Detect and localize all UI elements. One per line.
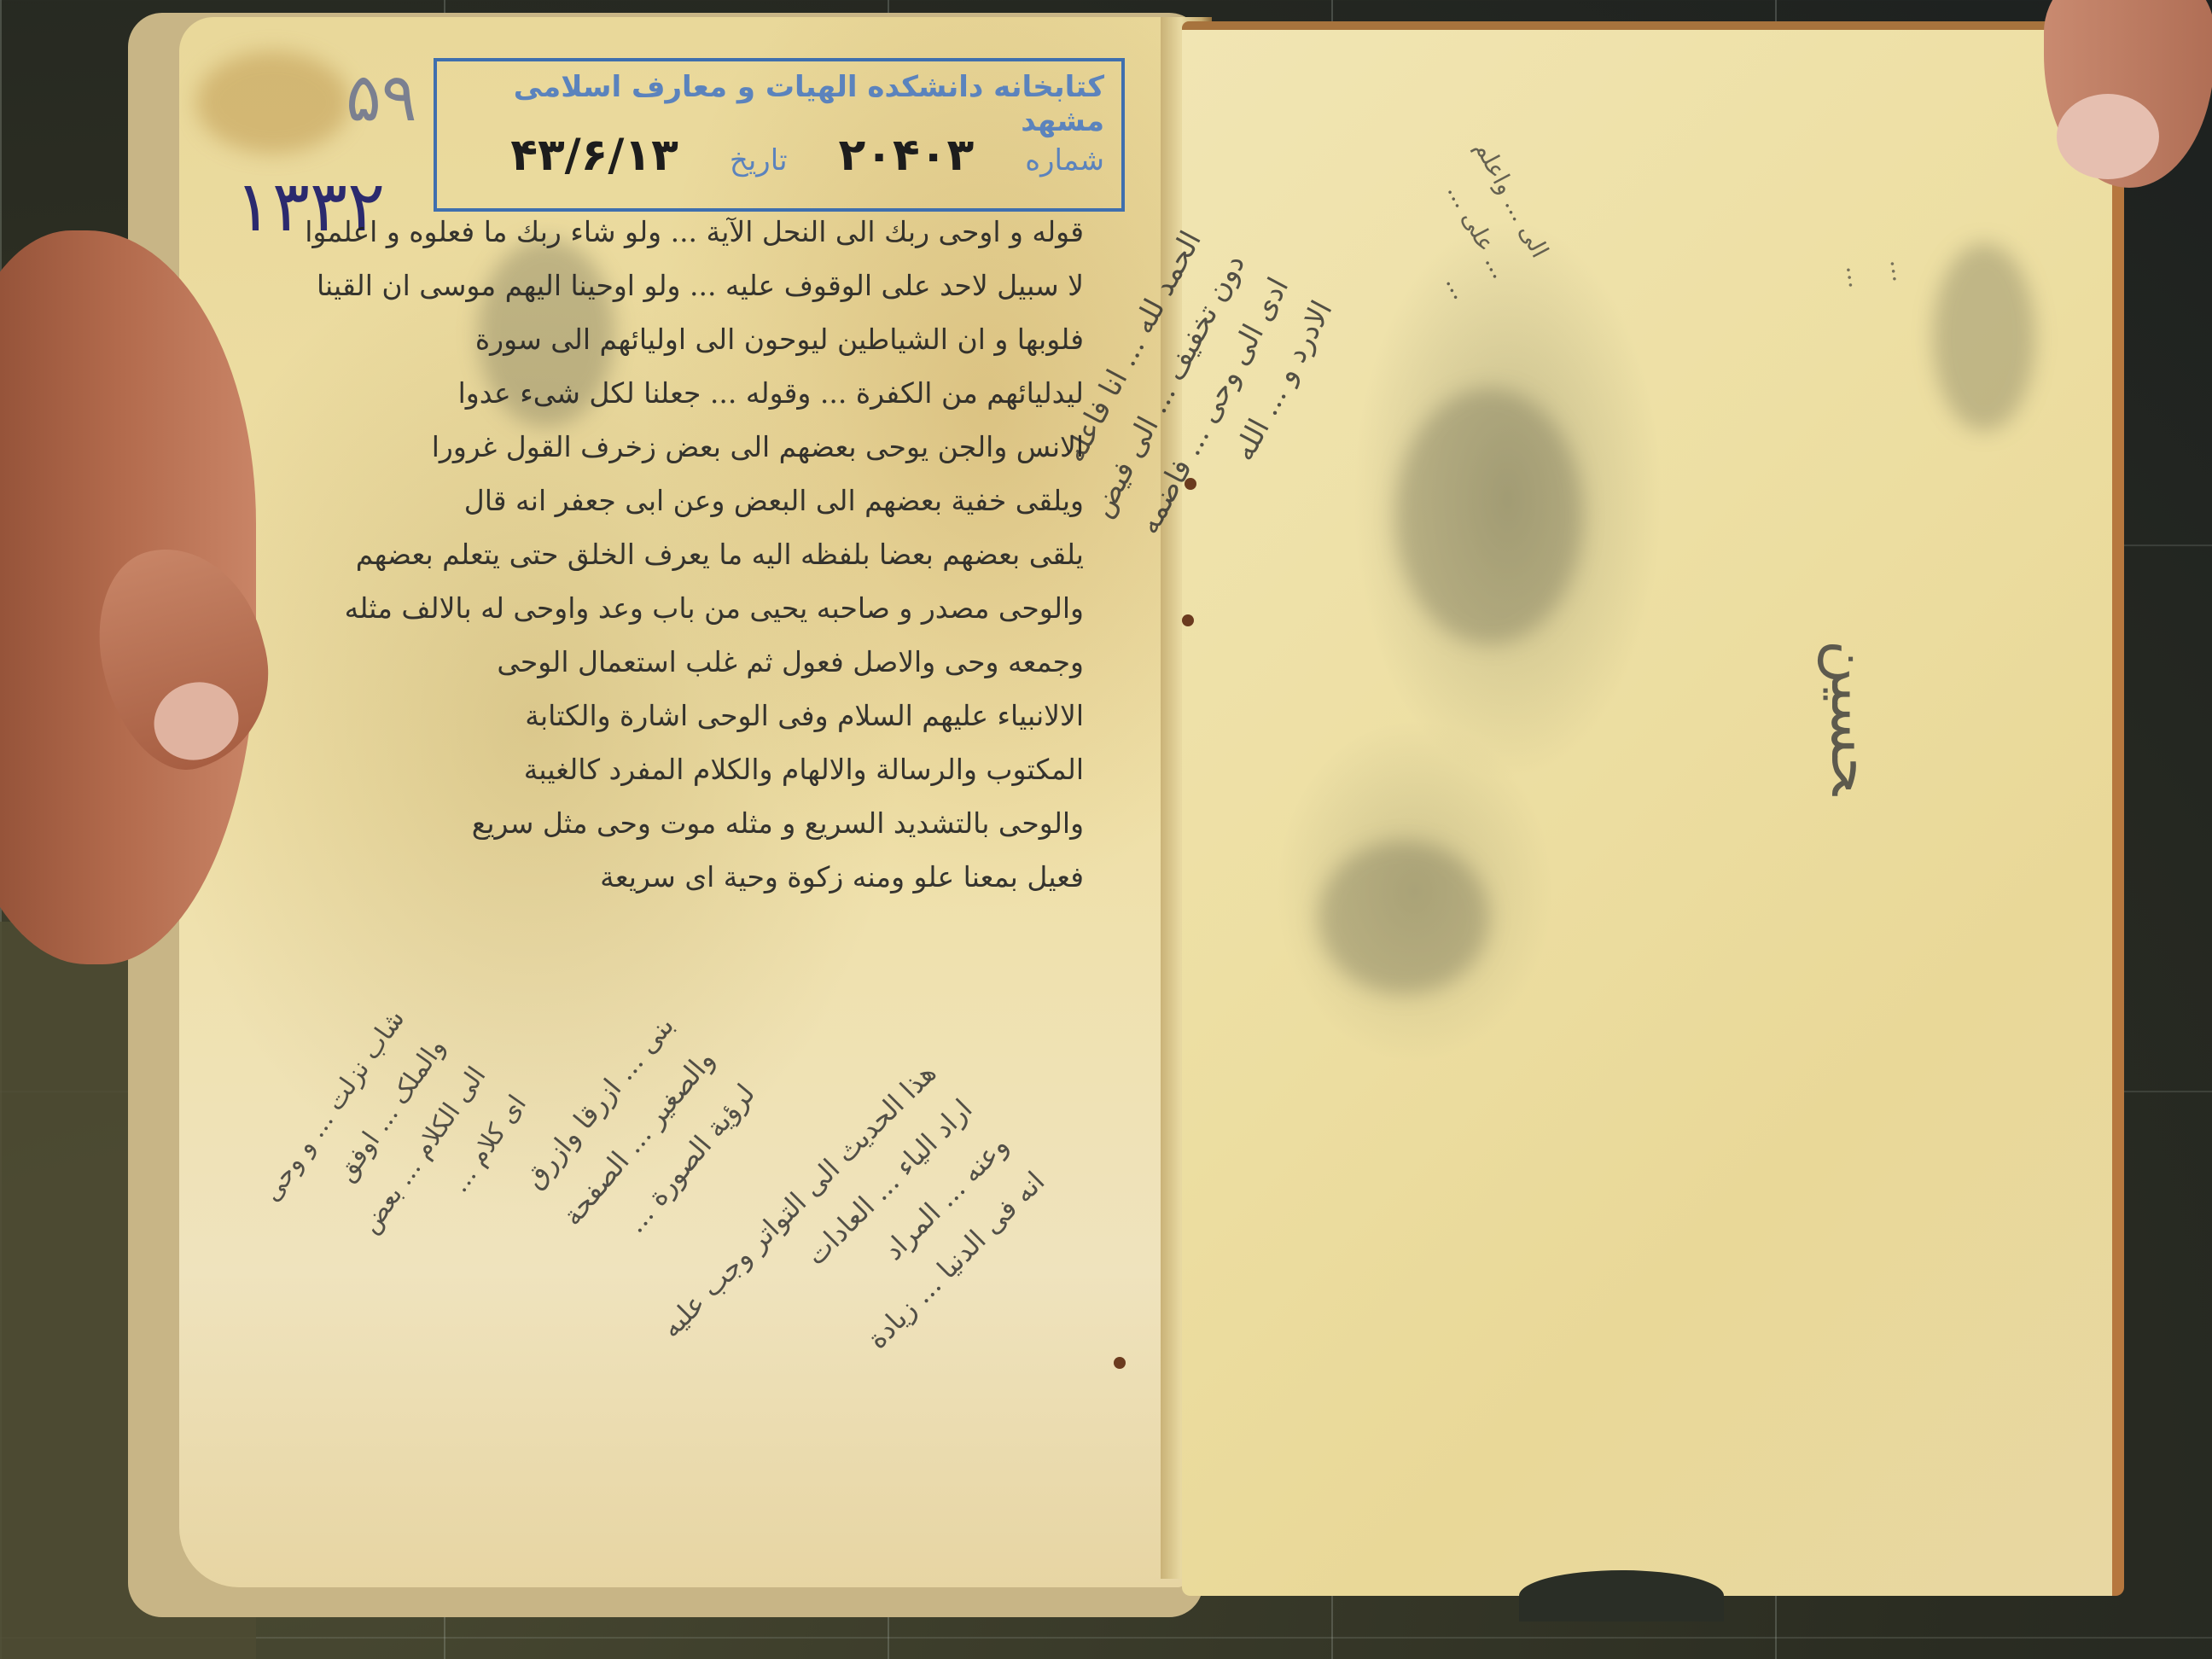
stamp-title: کتابخانه دانشکده الهیات و معارف اسلامی م… [437, 70, 1104, 138]
pencil-number: ۵۹ [346, 60, 417, 137]
text-line: الانس والجن یوحی بعضهم الی بعض زخرف القو… [282, 420, 1084, 474]
torn-page-corner [1519, 1570, 1724, 1621]
dark-stain [1933, 243, 2035, 431]
text-line: لا سبیل لاحد علی الوقوف علیه ... ولو اوح… [282, 259, 1084, 312]
stamp-fields: شماره ۲۰۴۰۳ تاریخ ۴۳/۶/۱۳ [510, 130, 1104, 181]
text-line: المکتوب والرسالة والالهام والکلام المفرد… [282, 742, 1084, 796]
stamp-number-value: ۲۰۴۰۳ [839, 130, 975, 181]
library-stamp: کتابخانه دانشکده الهیات و معارف اسلامی م… [434, 58, 1125, 212]
text-line: الالانبیاء علیهم السلام وفی الوحی اشارة … [282, 689, 1084, 742]
right-page [1182, 21, 2124, 1596]
text-line: فلوبها و ان الشیاطین لیوحون الی اولیائهم… [282, 312, 1084, 366]
text-line: ویلقی خفیة بعضهم الی البعض وعن ابی جعفر … [282, 474, 1084, 527]
ink-spot [1114, 1357, 1126, 1369]
main-text-block: قوله و اوحی ربك الی النحل الآیة ... ولو … [282, 205, 1084, 904]
text-line: وجمعه وحی والاصل فعول ثم غلب استعمال الو… [282, 635, 1084, 689]
stamp-number-label: شماره [1025, 143, 1104, 178]
stamp-date-label: تاریخ [730, 143, 788, 178]
text-line: والوحی بالتشدید السریع و مثله موت وحی مث… [282, 796, 1084, 850]
signature: ﺤﺴﻴﻦ [1818, 640, 1888, 795]
ink-spot [1185, 478, 1196, 490]
text-line: والوحی مصدر و صاحبه یحیی من باب وعد واوح… [282, 581, 1084, 635]
ink-spot [1182, 614, 1194, 626]
text-line: یلقی بعضهم بعضا بلفظه الیه ما یعرف الخلق… [282, 527, 1084, 581]
right-fingernail [2057, 94, 2159, 179]
dark-stain [1395, 388, 1583, 644]
dark-stain [1318, 841, 1489, 994]
text-line: قوله و اوحی ربك الی النحل الآیة ... ولو … [282, 205, 1084, 259]
text-line: لیدلیائهم من الکفرة ... وقوله ... جعلنا … [282, 366, 1084, 420]
stamp-date-value: ۴۳/۶/۱۳ [510, 130, 678, 181]
text-line: فعیل بمعنا علو ومنه زکوة وحیة ای سریعة [282, 850, 1084, 904]
foxing-stain [196, 51, 350, 154]
